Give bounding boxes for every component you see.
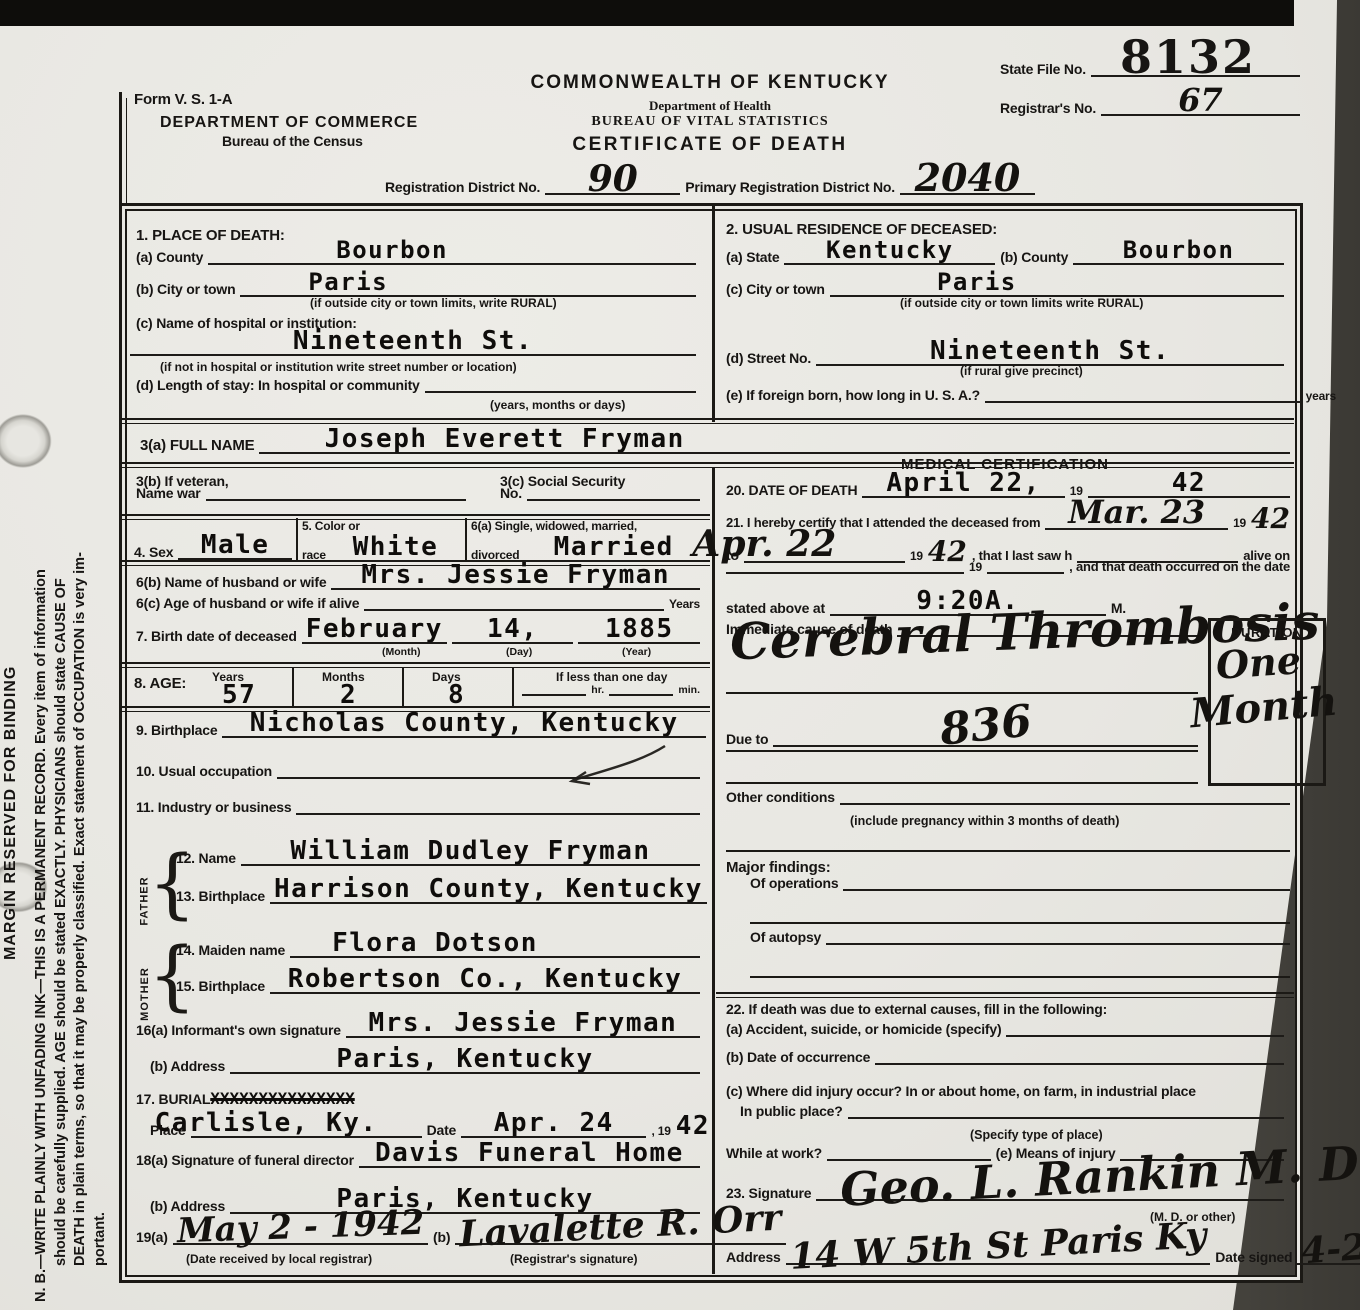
mother-bp-row: 15. Birthplace Robertson Co., Kentucky (176, 968, 700, 994)
age-div-2 (402, 668, 404, 706)
ext-a-row: (a) Accident, suicide, or homicide (spec… (726, 1022, 1284, 1037)
father-bp-row: 13. Birthplace Harrison County, Kentucky (176, 878, 700, 904)
ext-b-label: (b) Date of occurrence (726, 1050, 870, 1065)
age-hr-line (522, 690, 586, 696)
res-street-note: (if rural give precinct) (960, 364, 1083, 378)
burial-place-date-row: Place Carlisle, Ky. Date Apr. 24 , 19 42 (150, 1112, 710, 1138)
burial-year-value: 42 (676, 1115, 710, 1138)
primary-district-line: 2040 (900, 160, 1035, 195)
age-div-3 (512, 668, 514, 706)
color-race-label-1: 5. Color or (302, 520, 360, 533)
pod-county-row: (a) County Bourbon (136, 240, 696, 265)
margin-nb-note: N. B.—WRITE PLAINLY WITH UNFADING INK—TH… (32, 112, 110, 1302)
from-19-prefix: 19 (1233, 517, 1246, 530)
autopsy-row: Of autopsy (750, 930, 1290, 945)
industry-row: 11. Industry or business (136, 800, 700, 815)
father-name-line: William Dudley Fryman (241, 840, 700, 866)
due-to-line: 836 (773, 708, 1198, 747)
informant-addr-value: Paris, Kentucky (336, 1044, 593, 1074)
date-of-death-line: April 22, (862, 472, 1064, 498)
primary-district-label: Primary Registration District No. (685, 180, 895, 195)
father-bp-label: 13. Birthplace (176, 889, 265, 904)
attended-to-hw: Apr. 22 (692, 523, 836, 565)
other-conditions-note: (include pregnancy within 3 months of de… (850, 814, 1119, 828)
informant-addr-line: Paris, Kentucky (230, 1048, 700, 1074)
color-race-line: White (331, 536, 460, 562)
margin-binding-note: MARGIN RESERVED FOR BINDING (2, 320, 20, 960)
age-less-label: If less than one day (556, 670, 667, 684)
age-hr-label: hr. (591, 684, 604, 696)
occurred-row: 19 , and that death occurred on the date (726, 560, 1290, 574)
res-city-label: (c) City or town (726, 282, 825, 297)
registrar-no-line: 67 (1101, 86, 1300, 116)
death-certificate-scan: MARGIN RESERVED FOR BINDING N. B.—WRITE … (0, 0, 1360, 1310)
res-foreign-row: (e) If foreign born, how long in U. S. A… (726, 388, 1336, 403)
reg19-date-line: May 2 - 1942 (173, 1214, 428, 1245)
father-name-row: 12. Name William Dudley Fryman (176, 840, 700, 866)
father-bp-value: Harrison County, Kentucky (274, 874, 703, 904)
fullname-label: 3(a) FULL NAME (140, 438, 254, 455)
father-name-value: William Dudley Fryman (290, 836, 650, 866)
while-at-work-label: While at work? (726, 1146, 822, 1161)
burial-place-line: Carlisle, Ky. (191, 1112, 422, 1138)
margin-nb-line3: DEATH in plain terms, so that it may be … (71, 112, 91, 1302)
occurred-blank-line (726, 568, 964, 574)
state-file-row: State File No. (1000, 62, 1300, 77)
date-signed-line: 4-22-42 (1297, 1232, 1360, 1265)
attended-to-line: Apr. 22 (744, 530, 905, 563)
pod-city-value: Paris (308, 268, 388, 296)
funeral-director-label: 18(a) Signature of funeral director (136, 1153, 354, 1168)
registration-district-label: Registration District No. (385, 180, 540, 195)
operations-line (843, 885, 1290, 891)
birthplace-value: Nicholas County, Kentucky (250, 708, 679, 738)
res-street-line: Nineteenth St. (816, 340, 1284, 366)
ext-a-label: (a) Accident, suicide, or homicide (spec… (726, 1022, 1001, 1037)
ext-b-line (875, 1059, 1284, 1065)
reg19-b-label: (b) (433, 1230, 450, 1245)
res-city-note: (if outside city or town limits write RU… (900, 296, 1143, 310)
res-state-county-row: (a) State Kentucky (b) County Bourbon (726, 240, 1284, 265)
due-to-row: Due to 836 (726, 708, 1198, 747)
fullname-row: 3(a) FULL NAME Joseph Everett Fryman (140, 428, 1290, 454)
birth-day-cap: (Day) (506, 646, 532, 658)
father-name-label: 12. Name (176, 851, 236, 866)
date-signed-hw: 4-22-42 (1301, 1227, 1360, 1267)
pod-hospital-line: Nineteenth St. (130, 330, 696, 356)
pod-city-line: Paris (240, 272, 696, 297)
physician-addr-label: Address (726, 1250, 781, 1265)
birthplace-line: Nicholas County, Kentucky (222, 712, 706, 738)
namewar-label: Name war (136, 486, 201, 501)
res-street-value: Nineteenth St. (930, 336, 1170, 366)
res-county-label: (b) County (1000, 250, 1068, 265)
external-causes-title: 22. If death was due to external causes,… (726, 1002, 1107, 1017)
ss-no-label: No. (500, 486, 522, 501)
pod-county-value: Bourbon (336, 236, 448, 264)
dept-health: Department of Health (530, 98, 890, 114)
res-county-line: Bourbon (1073, 240, 1284, 265)
other-blank-line (726, 850, 1290, 852)
registrar-no-row: Registrar's No. 67 (1000, 86, 1300, 116)
sex-line: Male (178, 534, 292, 560)
informant-sig-line: Mrs. Jessie Fryman (346, 1012, 700, 1038)
res-state-label: (a) State (726, 250, 779, 265)
other-conditions-line (840, 799, 1290, 805)
pod-hospital-note: (if not in hospital or institution write… (160, 360, 517, 374)
margin-nb-line2: should be carefully supplied. AGE should… (52, 112, 72, 1302)
birth-year-cap: (Year) (622, 646, 651, 658)
birth-year-value: 1885 (605, 614, 674, 644)
informant-sig-label: 16(a) Informant's own signature (136, 1023, 341, 1038)
occurred-19-prefix: 19 (969, 561, 982, 574)
age-years-value: 57 (222, 684, 256, 707)
attended-from-hw: Mar. 23 (1068, 493, 1205, 531)
mother-bp-line: Robertson Co., Kentucky (270, 968, 700, 994)
date-of-death-row: 20. DATE OF DEATH April 22, 19 42 (726, 472, 1290, 498)
mother-name-value: Flora Dotson (332, 928, 538, 958)
reg19-date-hw: May 2 - 1942 (176, 1210, 424, 1246)
duration-month-hw: Month (1189, 686, 1339, 731)
burial-date-label: Date (427, 1123, 457, 1138)
other-conditions-row: Other conditions (726, 790, 1290, 805)
industry-label: 11. Industry or business (136, 800, 291, 815)
birthdate-row: 7. Birth date of deceased February 14, 1… (136, 618, 700, 644)
marital-line: Married (524, 536, 703, 562)
occurred-year-line (987, 568, 1064, 574)
age-hr-min-row: hr. min. (522, 684, 700, 696)
age-min-line (609, 690, 673, 696)
spouse-age-line (364, 605, 664, 611)
other-conditions-label: Other conditions (726, 790, 835, 805)
pod-hospital-row: Nineteenth St. (130, 330, 696, 356)
rule-below-birthdate (122, 662, 710, 668)
registrar-received-row: 19(a) May 2 - 1942 (b) Lavalette R. Orr (136, 1212, 700, 1245)
birthplace-row: 9. Birthplace Nicholas County, Kentucky (136, 712, 706, 738)
pod-city-row: (b) City or town Paris (136, 272, 696, 297)
duration-label: DURATION (1211, 621, 1323, 640)
birth-day-line: 14, (452, 618, 574, 644)
age-days-value: 8 (448, 684, 465, 707)
date-of-death-label: 20. DATE OF DEATH (726, 483, 857, 498)
res-foreign-years: years (1306, 390, 1336, 403)
spouse-age-row: 6(c) Age of husband or wife if alive Yea… (136, 596, 700, 611)
birthplace-label: 9. Birthplace (136, 723, 217, 738)
ss-no-line (527, 495, 700, 501)
occupation-line (277, 773, 700, 779)
operations-row: Of operations (750, 876, 1290, 891)
pod-county-line: Bourbon (208, 240, 696, 265)
operations-blank-line (750, 922, 1290, 924)
pod-hospital-value: Nineteenth St. (293, 326, 533, 356)
pod-stay-row: (d) Length of stay: In hospital or commu… (136, 378, 696, 393)
operations-label: Of operations (750, 876, 838, 891)
burial-label-row: 17. BURIAL XXXXXXXXXXXXXXX (136, 1092, 355, 1107)
sex-color-divider (296, 518, 298, 560)
age-label: 8. AGE: (134, 676, 186, 693)
burial-struck-text: XXXXXXXXXXXXXXX (210, 1092, 355, 1106)
pod-county-label: (a) County (136, 250, 203, 265)
color-race-row: race White (302, 536, 460, 562)
reg19-sig-cap: (Registrar's signature) (510, 1252, 638, 1266)
from-year-hw: 42 (1251, 508, 1290, 530)
ext-c2-line (848, 1113, 1284, 1119)
informant-sig-row: 16(a) Informant's own signature Mrs. Jes… (136, 1012, 700, 1038)
date-of-death-value: April 22, (886, 468, 1040, 498)
scan-top-bar (0, 0, 1294, 26)
pod-city-note: (if outside city or town limits, write R… (310, 296, 557, 310)
cause-blank-line (726, 692, 1198, 694)
sex-value: Male (201, 530, 270, 560)
mother-bp-label: 15. Birthplace (176, 979, 265, 994)
res-foreign-line (985, 397, 1301, 403)
fullname-line: Joseph Everett Fryman (259, 428, 1290, 454)
commonwealth-title: COMMONWEALTH OF KENTUCKY (530, 72, 890, 94)
informant-addr-label: (b) Address (150, 1059, 225, 1074)
ext-b-row: (b) Date of occurrence (726, 1050, 1284, 1065)
form-border-left-extension (119, 92, 122, 204)
res-foreign-label: (e) If foreign born, how long in U. S. A… (726, 388, 980, 403)
occurred-label: , and that death occurred on the date (1069, 560, 1290, 574)
burial-label: 17. BURIAL (136, 1092, 210, 1107)
res-county-value: Bourbon (1123, 236, 1235, 264)
ext-c-label: (c) Where did injury occur? In or about … (726, 1084, 1196, 1099)
primary-district-value: 2040 (915, 155, 1021, 200)
ext-c2-label: In public place? (740, 1104, 843, 1119)
birth-day-value: 14, (487, 614, 538, 644)
res-city-line: Paris (830, 272, 1284, 297)
dept-commerce: DEPARTMENT OF COMMERCE (160, 114, 418, 132)
industry-line (296, 809, 700, 815)
physician-addr-line: 14 W 5th St Paris Ky (786, 1232, 1211, 1265)
mother-name-label: 14. Maiden name (176, 943, 285, 958)
marital-value: Married (554, 532, 674, 562)
state-file-line (1091, 71, 1300, 77)
rule-below-autopsy (716, 992, 1294, 998)
pod-stay-line (425, 387, 696, 393)
registration-district-row: Registration District No. 90 Primary Reg… (385, 160, 1035, 195)
ext-c2-note: (Specify type of place) (970, 1128, 1103, 1142)
occupation-label: 10. Usual occupation (136, 764, 272, 779)
autopsy-line (826, 939, 1290, 945)
age-min-label: min. (678, 684, 700, 696)
father-bp-line: Harrison County, Kentucky (270, 878, 707, 904)
due-to-label: Due to (726, 732, 768, 747)
spouse-line: Mrs. Jessie Fryman (331, 564, 700, 590)
funeral-director-line: Davis Funeral Home (359, 1142, 700, 1168)
registration-district-line: 90 (545, 162, 680, 195)
burial-date-line: Apr. 24 (461, 1112, 646, 1138)
column-divider-top (712, 206, 715, 422)
autopsy-label: Of autopsy (750, 930, 821, 945)
pod-stay-label: (d) Length of stay: In hospital or commu… (136, 378, 420, 393)
reg19-date-cap: (Date received by local registrar) (186, 1252, 372, 1266)
column-divider-main (712, 468, 715, 1274)
birth-month-value: February (306, 614, 443, 644)
mother-bp-value: Robertson Co., Kentucky (288, 964, 683, 994)
res-city-value: Paris (937, 268, 1017, 296)
duration-one-hw: One (1215, 645, 1302, 681)
color-marital-divider (465, 518, 467, 560)
margin-nb-line1: N. B.—WRITE PLAINLY WITH UNFADING INK—TH… (32, 112, 52, 1302)
res-state-line: Kentucky (784, 240, 995, 265)
spouse-age-years: Years (669, 598, 700, 611)
ext-c2-row: In public place? (740, 1104, 1284, 1119)
occupation-row: 10. Usual occupation (136, 764, 700, 779)
funeral-director-value: Davis Funeral Home (375, 1138, 684, 1168)
funeral-director-row: 18(a) Signature of funeral director Davi… (136, 1142, 700, 1168)
registrar-no-label: Registrar's No. (1000, 101, 1096, 116)
burial-place-value: Carlisle, Ky. (155, 1108, 378, 1138)
spouse-label: 6(b) Name of husband or wife (136, 575, 326, 590)
birth-month-line: February (302, 618, 447, 644)
pod-stay-note: (years, months or days) (490, 398, 625, 412)
due-to-hw: 836 (938, 703, 1033, 748)
sex-row: 4. Sex Male (134, 534, 292, 560)
birth-year-line: 1885 (578, 618, 700, 644)
age-months-value: 2 (340, 684, 357, 707)
due-to-blank-1 (726, 750, 1198, 752)
birth-month-cap: (Month) (382, 646, 420, 658)
physician-sig-label: 23. Signature (726, 1186, 811, 1201)
form-number: Form V. S. 1-A (134, 92, 232, 109)
informant-sig-value: Mrs. Jessie Fryman (369, 1008, 678, 1038)
date-signed-label: Date signed (1215, 1250, 1292, 1265)
ss-no-row: No. (500, 486, 700, 501)
spouse-row: 6(b) Name of husband or wife Mrs. Jessie… (136, 564, 700, 590)
bureau-census: Bureau of the Census (222, 134, 363, 149)
marital-row: divorced Married (471, 536, 703, 562)
res-state-value: Kentucky (826, 236, 954, 264)
ext-a-line (1006, 1031, 1284, 1037)
res-street-row: (d) Street No. Nineteenth St. (726, 340, 1284, 366)
fullname-value: Joseph Everett Fryman (325, 424, 685, 454)
reg19-num: 19(a) (136, 1230, 168, 1245)
namewar-line (206, 495, 466, 501)
sex-label: 4. Sex (134, 545, 173, 560)
pod-city-label: (b) City or town (136, 282, 235, 297)
mother-name-line: Flora Dotson (290, 932, 700, 958)
burial-year-prefix: , 19 (651, 1125, 670, 1138)
certificate-title: CERTIFICATE OF DEATH (530, 134, 890, 156)
rule-below-sections-1-2 (122, 418, 1294, 424)
bureau-vital-statistics: BUREAU OF VITAL STATISTICS (530, 114, 890, 130)
burial-date-value: Apr. 24 (494, 1108, 614, 1138)
mother-name-row: 14. Maiden name Flora Dotson (176, 932, 700, 958)
informant-addr-row: (b) Address Paris, Kentucky (150, 1048, 700, 1074)
margin-nb-line4: portant. (91, 112, 111, 1302)
registration-district-value: 90 (588, 158, 638, 200)
registrar-no-value: 67 (1178, 81, 1223, 119)
color-race-value: White (353, 532, 439, 562)
state-file-label: State File No. (1000, 62, 1086, 77)
res-city-row: (c) City or town Paris (726, 272, 1284, 297)
birthdate-label: 7. Birth date of deceased (136, 629, 297, 644)
spouse-value: Mrs. Jessie Fryman (361, 560, 670, 590)
form-border-left-extension-inner (126, 98, 127, 204)
physician-addr-row: Address 14 W 5th St Paris Ky Date signed… (726, 1232, 1284, 1265)
age-div-1 (292, 668, 294, 706)
spouse-age-label: 6(c) Age of husband or wife if alive (136, 596, 359, 611)
attended-from-line: Mar. 23 (1045, 500, 1228, 530)
res-street-label: (d) Street No. (726, 351, 811, 366)
color-race-label-2: race (302, 549, 326, 562)
autopsy-blank-line (750, 976, 1290, 978)
due-to-blank-2 (726, 782, 1198, 784)
veteran-war-row: Name war (136, 486, 466, 501)
